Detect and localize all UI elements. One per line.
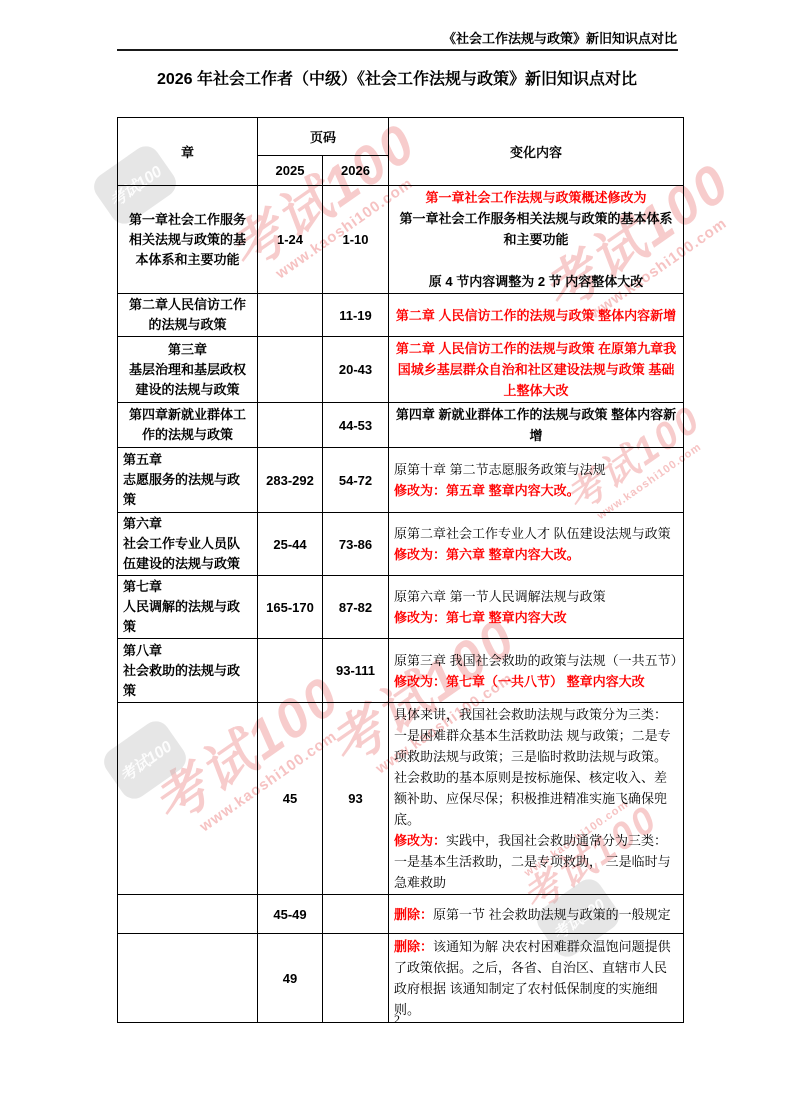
chapter-cell: 第五章志愿服务的法规与政策 bbox=[118, 448, 258, 513]
table-row: 第一章社会工作服务相关法规与政策的基本体系和主要功能1-241-10第一章社会工… bbox=[118, 186, 684, 294]
table-row: 第三章基层治理和基层政权建设的法规与政策20-43第二章 人民信访工作的法规与政… bbox=[118, 337, 684, 403]
page-2025-cell: 45 bbox=[258, 703, 323, 895]
comparison-table: 章 页码 变化内容 2025 2026 第一章社会工作服务相关法规与政策的基本体… bbox=[117, 117, 684, 1023]
content-cell: 第二章 人民信访工作的法规与政策 整体内容新增 bbox=[389, 294, 684, 337]
content-cell: 具体来讲，我国社会救助法规与政策分为三类：一是困难群众基本生活救助法 规与政策；… bbox=[389, 703, 684, 895]
page-2025-cell: 49 bbox=[258, 934, 323, 1023]
page-2026-cell: 73-86 bbox=[323, 513, 389, 576]
chapter-cell bbox=[118, 703, 258, 895]
page-2025-cell bbox=[258, 294, 323, 337]
table-row: 第八章社会救助的法规与政策93-111原第三章 我国社会救助的政策与法规（一共五… bbox=[118, 639, 684, 703]
column-header-pages: 页码 bbox=[258, 118, 389, 156]
chapter-cell: 第八章社会救助的法规与政策 bbox=[118, 639, 258, 703]
page-number: 2 bbox=[0, 1012, 794, 1027]
page-2026-cell: 93 bbox=[323, 703, 389, 895]
page-title: 2026 年社会工作者（中级）《社会工作法规与政策》新旧知识点对比 bbox=[0, 66, 794, 89]
chapter-cell: 第一章社会工作服务相关法规与政策的基本体系和主要功能 bbox=[118, 186, 258, 294]
column-header-2026: 2026 bbox=[323, 156, 389, 186]
column-header-chapter: 章 bbox=[118, 118, 258, 186]
page-2025-cell bbox=[258, 639, 323, 703]
page-2025-cell: 1-24 bbox=[258, 186, 323, 294]
table-row: 49删除：该通知为解 决农村困难群众温饱问题提供了政策依据。之后，各省、自治区、… bbox=[118, 934, 684, 1023]
page-2026-cell: 87-82 bbox=[323, 576, 389, 639]
content-cell: 删除：原第一节 社会救助法规与政策的一般规定 bbox=[389, 895, 684, 934]
chapter-cell bbox=[118, 895, 258, 934]
column-header-content: 变化内容 bbox=[389, 118, 684, 186]
content-cell: 原第三章 我国社会救助的政策与法规（一共五节）修改为：第七章（一共八节） 整章内… bbox=[389, 639, 684, 703]
page-2025-cell: 25-44 bbox=[258, 513, 323, 576]
content-cell: 原第六章 第一节人民调解法规与政策修改为：第七章 整章内容大改 bbox=[389, 576, 684, 639]
page-2025-cell: 45-49 bbox=[258, 895, 323, 934]
chapter-cell bbox=[118, 934, 258, 1023]
page-2026-cell: 44-53 bbox=[323, 403, 389, 448]
table-row: 45-49删除：原第一节 社会救助法规与政策的一般规定 bbox=[118, 895, 684, 934]
page-2026-cell: 93-111 bbox=[323, 639, 389, 703]
chapter-cell: 第六章社会工作专业人员队伍建设的法规与政策 bbox=[118, 513, 258, 576]
content-cell: 第四章 新就业群体工作的法规与政策 整体内容新增 bbox=[389, 403, 684, 448]
running-header: 《社会工作法规与政策》新旧知识点对比 bbox=[443, 28, 677, 47]
chapter-cell: 第三章基层治理和基层政权建设的法规与政策 bbox=[118, 337, 258, 403]
chapter-cell: 第四章新就业群体工作的法规与政策 bbox=[118, 403, 258, 448]
page-2026-cell bbox=[323, 895, 389, 934]
table-row: 第六章社会工作专业人员队伍建设的法规与政策25-4473-86原第二章社会工作专… bbox=[118, 513, 684, 576]
page-2026-cell: 54-72 bbox=[323, 448, 389, 513]
table-header-row: 章 页码 变化内容 bbox=[118, 118, 684, 156]
document-page: 考试100 www.kaoshi100.com 考试100 www.kaoshi… bbox=[0, 0, 794, 1098]
content-cell: 第一章社会工作法规与政策概述修改为第一章社会工作服务相关法规与政策的基本体系和主… bbox=[389, 186, 684, 294]
table-row: 第四章新就业群体工作的法规与政策44-53第四章 新就业群体工作的法规与政策 整… bbox=[118, 403, 684, 448]
column-header-2025: 2025 bbox=[258, 156, 323, 186]
chapter-cell: 第二章人民信访工作的法规与政策 bbox=[118, 294, 258, 337]
content-cell: 删除：该通知为解 决农村困难群众温饱问题提供了政策依据。之后，各省、自治区、直辖… bbox=[389, 934, 684, 1023]
table-row: 第五章志愿服务的法规与政策283-29254-72原第十章 第二节志愿服务政策与… bbox=[118, 448, 684, 513]
content-cell: 原第二章社会工作专业人才 队伍建设法规与政策修改为：第六章 整章内容大改。 bbox=[389, 513, 684, 576]
page-2025-cell: 165-170 bbox=[258, 576, 323, 639]
page-2026-cell: 11-19 bbox=[323, 294, 389, 337]
header-rule bbox=[117, 49, 678, 51]
page-2026-cell: 20-43 bbox=[323, 337, 389, 403]
content-cell: 第二章 人民信访工作的法规与政策 在原第九章我国城乡基层群众自治和社区建设法规与… bbox=[389, 337, 684, 403]
page-2025-cell bbox=[258, 403, 323, 448]
table-row: 4593具体来讲，我国社会救助法规与政策分为三类：一是困难群众基本生活救助法 规… bbox=[118, 703, 684, 895]
page-2025-cell bbox=[258, 337, 323, 403]
page-2026-cell bbox=[323, 934, 389, 1023]
page-2026-cell: 1-10 bbox=[323, 186, 389, 294]
chapter-cell: 第七章人民调解的法规与政策 bbox=[118, 576, 258, 639]
page-2025-cell: 283-292 bbox=[258, 448, 323, 513]
table-row: 第二章人民信访工作的法规与政策11-19第二章 人民信访工作的法规与政策 整体内… bbox=[118, 294, 684, 337]
table-row: 第七章人民调解的法规与政策165-17087-82原第六章 第一节人民调解法规与… bbox=[118, 576, 684, 639]
content-cell: 原第十章 第二节志愿服务政策与法规修改为：第五章 整章内容大改。 bbox=[389, 448, 684, 513]
